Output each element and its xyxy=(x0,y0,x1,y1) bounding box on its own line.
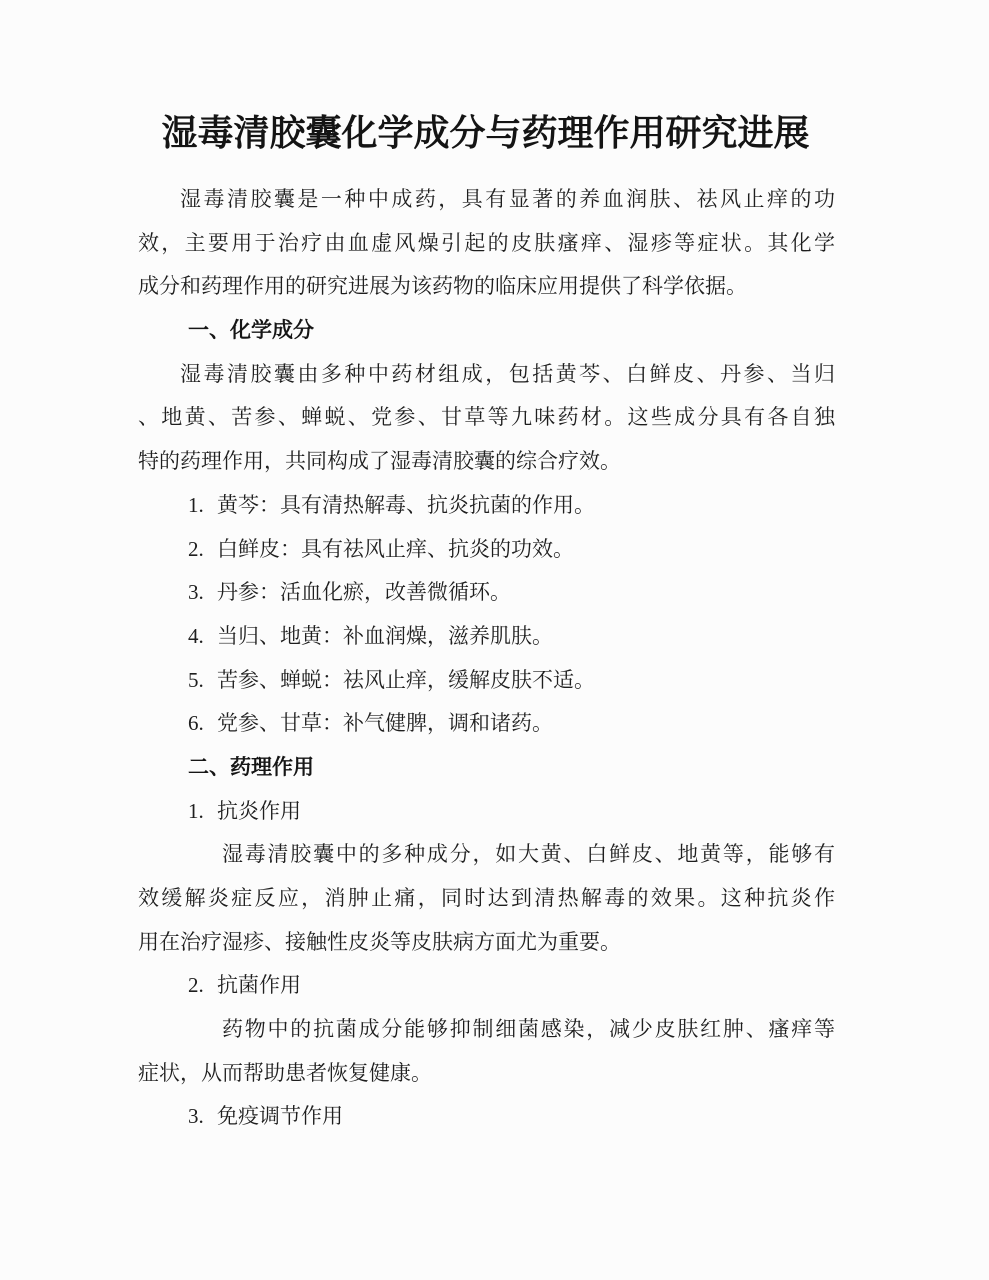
section-1-line-1: 湿毒清胶囊由多种中药材组成，包括黄芩、白鲜皮、丹参、当归 xyxy=(138,353,835,397)
subsection-1-label: 抗炎作用 xyxy=(217,799,301,823)
list-item-text: 丹参：活血化瘀，改善微循环。 xyxy=(217,580,511,604)
section-1-paragraph: 湿毒清胶囊由多种中药材组成，包括黄芩、白鲜皮、丹参、当归 、地黄、苦参、蝉蜕、党… xyxy=(138,353,835,484)
section-1-line-3: 特的药理作用，共同构成了湿毒清胶囊的综合疗效。 xyxy=(138,440,835,484)
list-item: 5.苦参、蝉蜕：祛风止痒，缓解皮肤不适。 xyxy=(138,659,835,703)
subsection-3-number: 3. xyxy=(188,1095,217,1139)
section-1-line-2: 、地黄、苦参、蝉蜕、党参、甘草等九味药材。这些成分具有各自独 xyxy=(138,396,835,440)
list-item-number: 1. xyxy=(188,484,217,528)
subsection-1-line-3: 用在治疗湿疹、接触性皮炎等皮肤病方面尤为重要。 xyxy=(138,921,835,965)
subsection-2-number: 2. xyxy=(188,964,217,1008)
intro-line-1: 湿毒清胶囊是一种中成药，具有显著的养血润肤、祛风止痒的功 xyxy=(138,178,835,222)
intro-paragraph: 湿毒清胶囊是一种中成药，具有显著的养血润肤、祛风止痒的功 效，主要用于治疗由血虚… xyxy=(138,178,835,309)
subsection-3-label: 免疫调节作用 xyxy=(217,1104,343,1128)
list-item-number: 2. xyxy=(188,528,217,572)
list-item-text: 党参、甘草：补气健脾，调和诸药。 xyxy=(217,711,553,735)
list-item-text: 当归、地黄：补血润燥，滋养肌肤。 xyxy=(217,624,553,648)
subsection-2-line-2: 症状，从而帮助患者恢复健康。 xyxy=(138,1052,835,1096)
document-body: 湿毒清胶囊是一种中成药，具有显著的养血润肤、祛风止痒的功 效，主要用于治疗由血虚… xyxy=(138,178,835,1139)
list-item: 3.丹参：活血化瘀，改善微循环。 xyxy=(138,571,835,615)
list-item-text: 黄芩：具有清热解毒、抗炎抗菌的作用。 xyxy=(217,493,595,517)
subsection-1-line-1: 湿毒清胶囊中的多种成分，如大黄、白鲜皮、地黄等，能够有 xyxy=(138,833,835,877)
subsection-2-paragraph: 药物中的抗菌成分能够抑制细菌感染，减少皮肤红肿、瘙痒等 症状，从而帮助患者恢复健… xyxy=(138,1008,835,1095)
document-title: 湿毒清胶囊化学成分与药理作用研究进展 xyxy=(138,110,833,156)
list-item: 6.党参、甘草：补气健脾，调和诸药。 xyxy=(138,702,835,746)
subsection-2-line-1: 药物中的抗菌成分能够抑制细菌感染，减少皮肤红肿、瘙痒等 xyxy=(138,1008,835,1052)
subsection-1-line-2: 效缓解炎症反应，消肿止痛，同时达到清热解毒的效果。这种抗炎作 xyxy=(138,877,835,921)
subsection-1-paragraph: 湿毒清胶囊中的多种成分，如大黄、白鲜皮、地黄等，能够有 效缓解炎症反应，消肿止痛… xyxy=(138,833,835,964)
list-item-number: 5. xyxy=(188,659,217,703)
list-item-number: 4. xyxy=(188,615,217,659)
subsection-1-number: 1. xyxy=(188,790,217,834)
list-item-text: 白鲜皮：具有祛风止痒、抗炎的功效。 xyxy=(217,537,574,561)
section-1-heading: 一、化学成分 xyxy=(138,309,835,353)
ingredient-list: 1.黄芩：具有清热解毒、抗炎抗菌的作用。 2.白鲜皮：具有祛风止痒、抗炎的功效。… xyxy=(138,484,835,746)
subsection-1-title: 1.抗炎作用 xyxy=(138,790,835,834)
list-item: 1.黄芩：具有清热解毒、抗炎抗菌的作用。 xyxy=(138,484,835,528)
list-item-number: 3. xyxy=(188,571,217,615)
subsection-3-title: 3.免疫调节作用 xyxy=(138,1095,835,1139)
subsection-2-label: 抗菌作用 xyxy=(217,973,301,997)
subsection-2-title: 2.抗菌作用 xyxy=(138,964,835,1008)
list-item-number: 6. xyxy=(188,702,217,746)
list-item-text: 苦参、蝉蜕：祛风止痒，缓解皮肤不适。 xyxy=(217,668,595,692)
document-page: 湿毒清胶囊化学成分与药理作用研究进展 湿毒清胶囊是一种中成药，具有显著的养血润肤… xyxy=(0,0,989,1280)
intro-line-3: 成分和药理作用的研究进展为该药物的临床应用提供了科学依据。 xyxy=(138,265,835,309)
intro-line-2: 效，主要用于治疗由血虚风燥引起的皮肤瘙痒、湿疹等症状。其化学 xyxy=(138,222,835,266)
section-2-heading: 二、药理作用 xyxy=(138,746,835,790)
list-item: 2.白鲜皮：具有祛风止痒、抗炎的功效。 xyxy=(138,528,835,572)
list-item: 4.当归、地黄：补血润燥，滋养肌肤。 xyxy=(138,615,835,659)
